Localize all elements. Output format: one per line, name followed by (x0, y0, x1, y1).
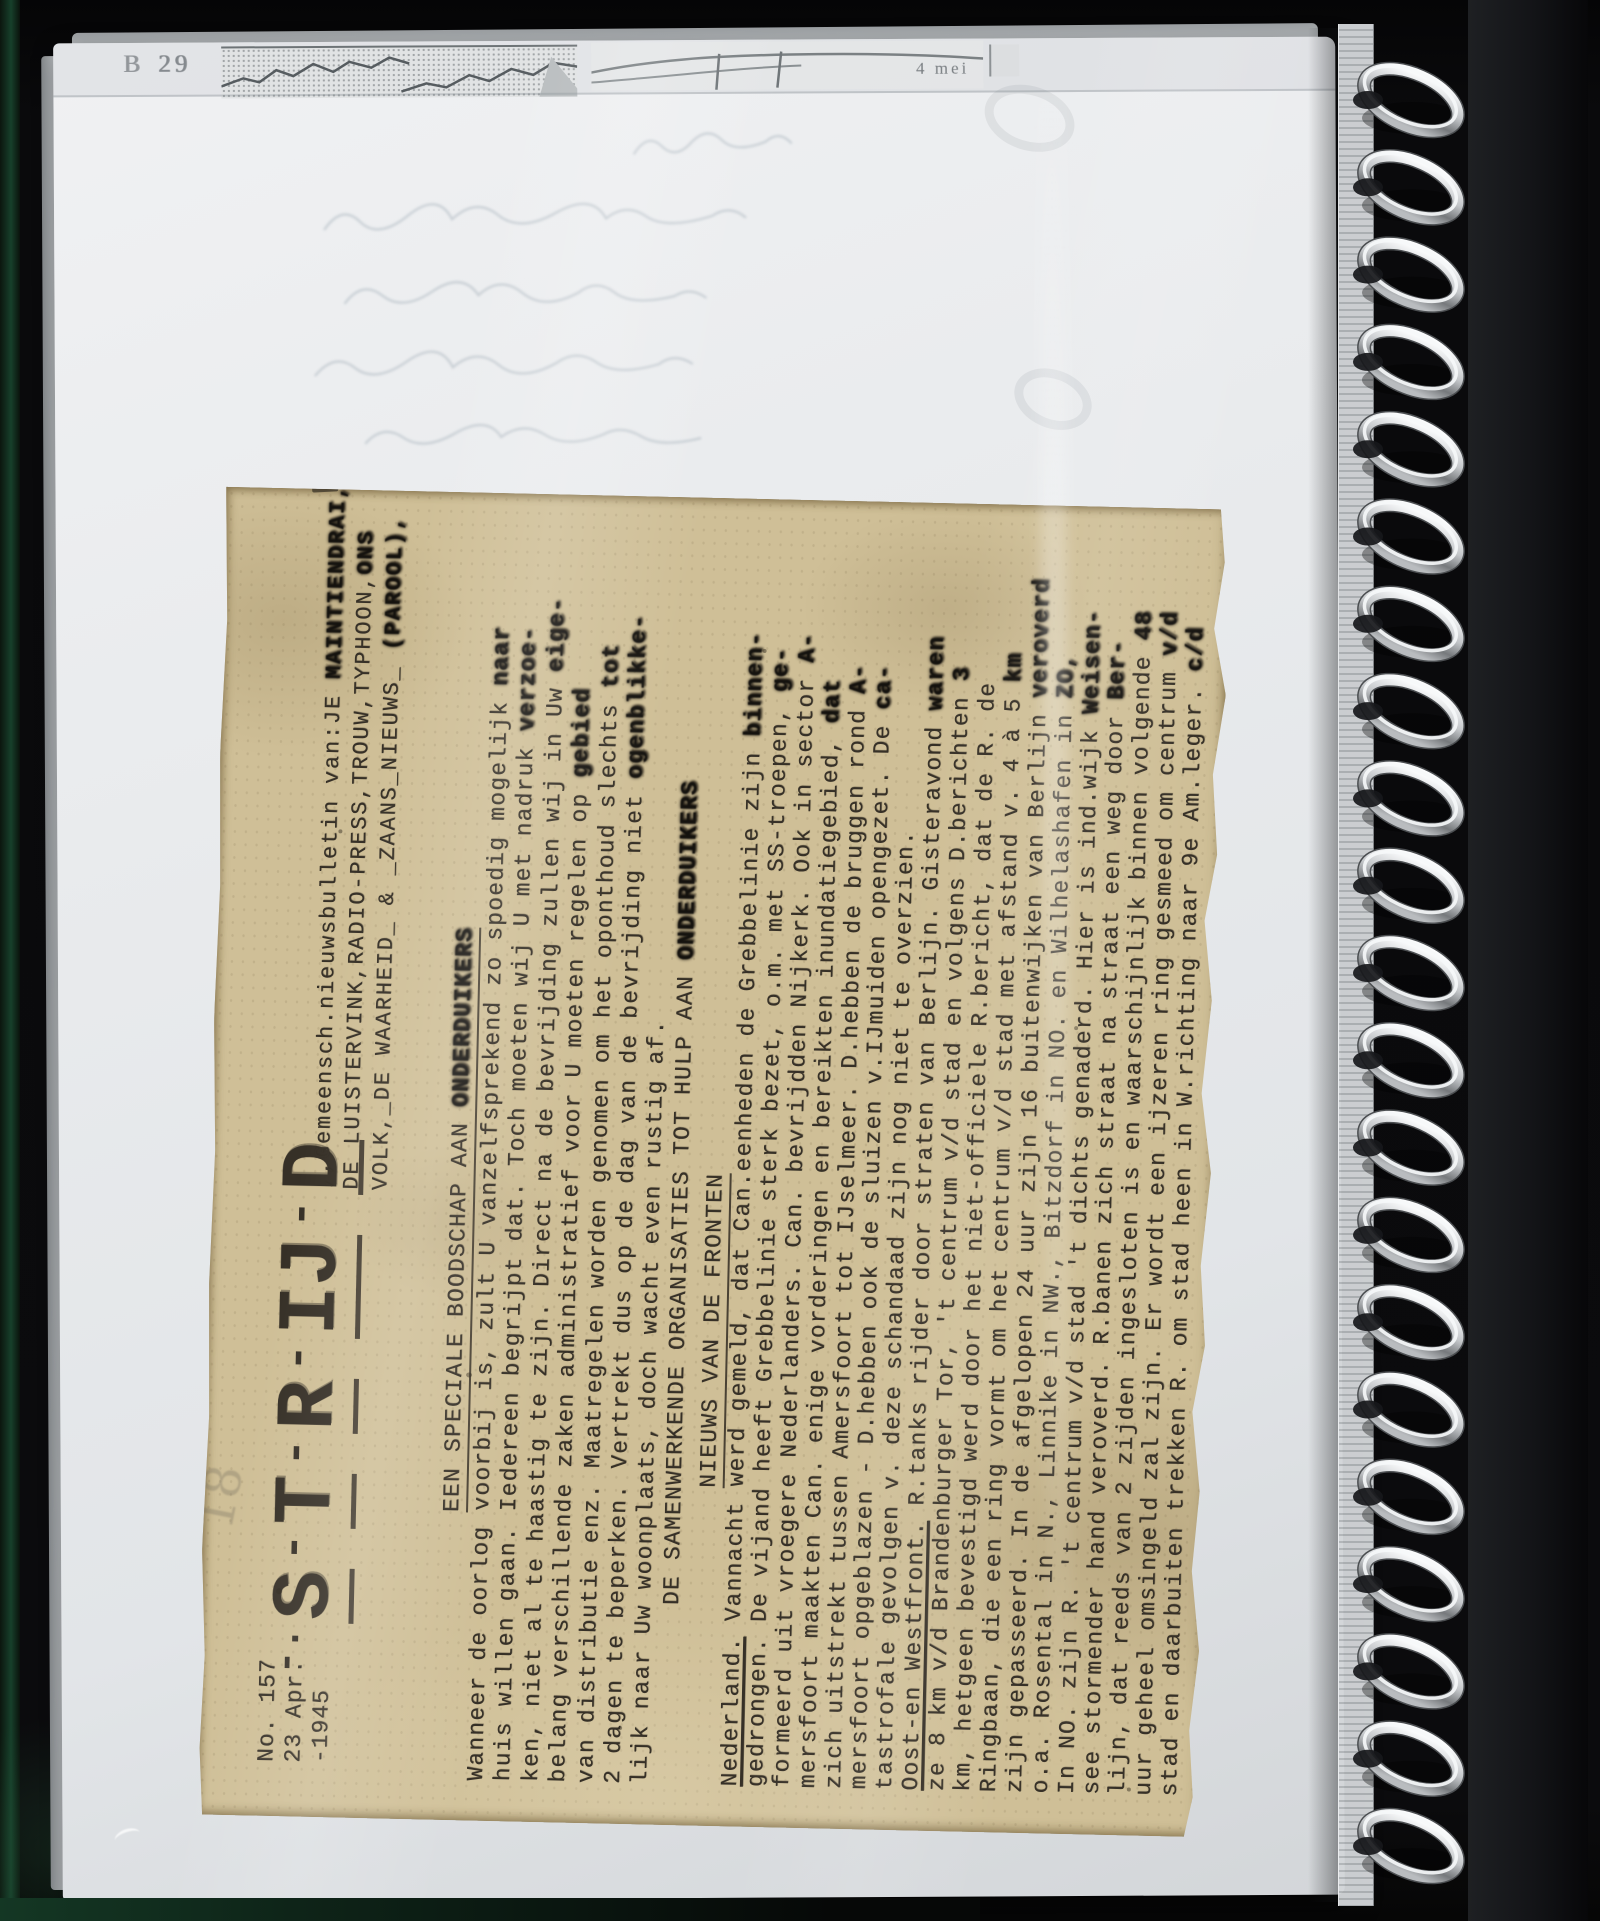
photo-background: B29 4 mei (0, 0, 1600, 1921)
album-cover-edge-bottom (0, 1898, 980, 1921)
pencil-note: 18 (186, 1460, 255, 1534)
album-cover-edge-left (0, 0, 20, 1921)
overinked-text: c/d (1182, 626, 1209, 672)
overinked-text: (PAROOL), (381, 515, 409, 651)
overinked-text: dat (819, 678, 846, 724)
overinked-text: ogenblikke- (623, 614, 653, 780)
overinked-text: binnen- (741, 631, 769, 737)
fragment-date-note: 4 mei (916, 59, 969, 79)
map-coastline-icon (221, 47, 577, 99)
title-letter: R (269, 1377, 359, 1434)
overinked-text: eige- (543, 597, 571, 673)
overinked-text: ONS (353, 530, 379, 576)
binder-rings (1298, 0, 1498, 1921)
page-number-row: B29 (123, 51, 191, 79)
overinked-text: ge- (768, 647, 795, 693)
title-separator: - (270, 1438, 323, 1467)
document-content: 18 No. 15723 Apr.-1945 -.S-T-R-IJ-D ,,Ge… (196, 487, 1230, 1837)
stamp-mark: B (123, 51, 144, 78)
ring-impression (1005, 357, 1101, 440)
title-separator: - (275, 1199, 328, 1228)
printed-fragment-map (221, 45, 577, 99)
album-page: B29 4 mei (53, 37, 1345, 1902)
overinked-text: ONDERDUIKERS (673, 780, 703, 961)
overinked-text: tot (597, 643, 624, 689)
front-news-paragraph: Nederland. Vannacht werd gemeld, dat Can… (717, 571, 1210, 1796)
overinked-text: veroverd (1026, 578, 1055, 699)
overinked-text: naar (488, 626, 515, 687)
masthead-block: ,,Gemeensch.nieuwsbulletin van:JE MAINTI… (310, 484, 413, 1191)
overinked-text: ZO, (1052, 653, 1079, 699)
printed-fragment-shard (989, 44, 1019, 76)
title-letter: IJ (271, 1233, 362, 1339)
title-separator: - (272, 1343, 325, 1372)
message-paragraph: Wanneer de oorlog voorbij is, zult U van… (463, 596, 709, 1786)
overinked-text: ca- (871, 664, 898, 710)
overinked-text: 3 (949, 666, 975, 682)
overinked-text: v/d (1157, 611, 1184, 657)
handwriting-show-through (303, 101, 885, 454)
overinked-text: waren (923, 635, 951, 711)
overinked-text: verzoe- (514, 626, 542, 732)
overinked-text: Ber- (1104, 640, 1131, 701)
overinked-text: km (1001, 652, 1028, 683)
page-number: 29 (158, 51, 191, 78)
overinked-text: gebied (568, 687, 596, 778)
overinked-text: A- (845, 664, 872, 695)
overinked-text: Weisen- (1078, 609, 1106, 715)
dust-fiber (113, 1825, 142, 1847)
title-letter: S (264, 1567, 354, 1624)
document-paper: 18 No. 15723 Apr.-1945 -.S-T-R-IJ-D ,,Ge… (196, 487, 1230, 1837)
underlined-lead: Nederland. (717, 1636, 746, 1787)
title-letter: T (267, 1472, 357, 1529)
printed-fragment-lines: 4 mei (591, 40, 983, 90)
overinked-text: A- (794, 632, 821, 663)
title-separator: - (268, 1533, 321, 1562)
document-title: -.S-T-R-IJ-D (263, 1138, 364, 1676)
overinked-text: 48 (1131, 610, 1158, 641)
title-prefix: -. (265, 1626, 311, 1675)
overinked-text: MAINTIENDRAI, (322, 484, 351, 680)
overinked-text: ONDERDUIKERS (448, 927, 478, 1108)
